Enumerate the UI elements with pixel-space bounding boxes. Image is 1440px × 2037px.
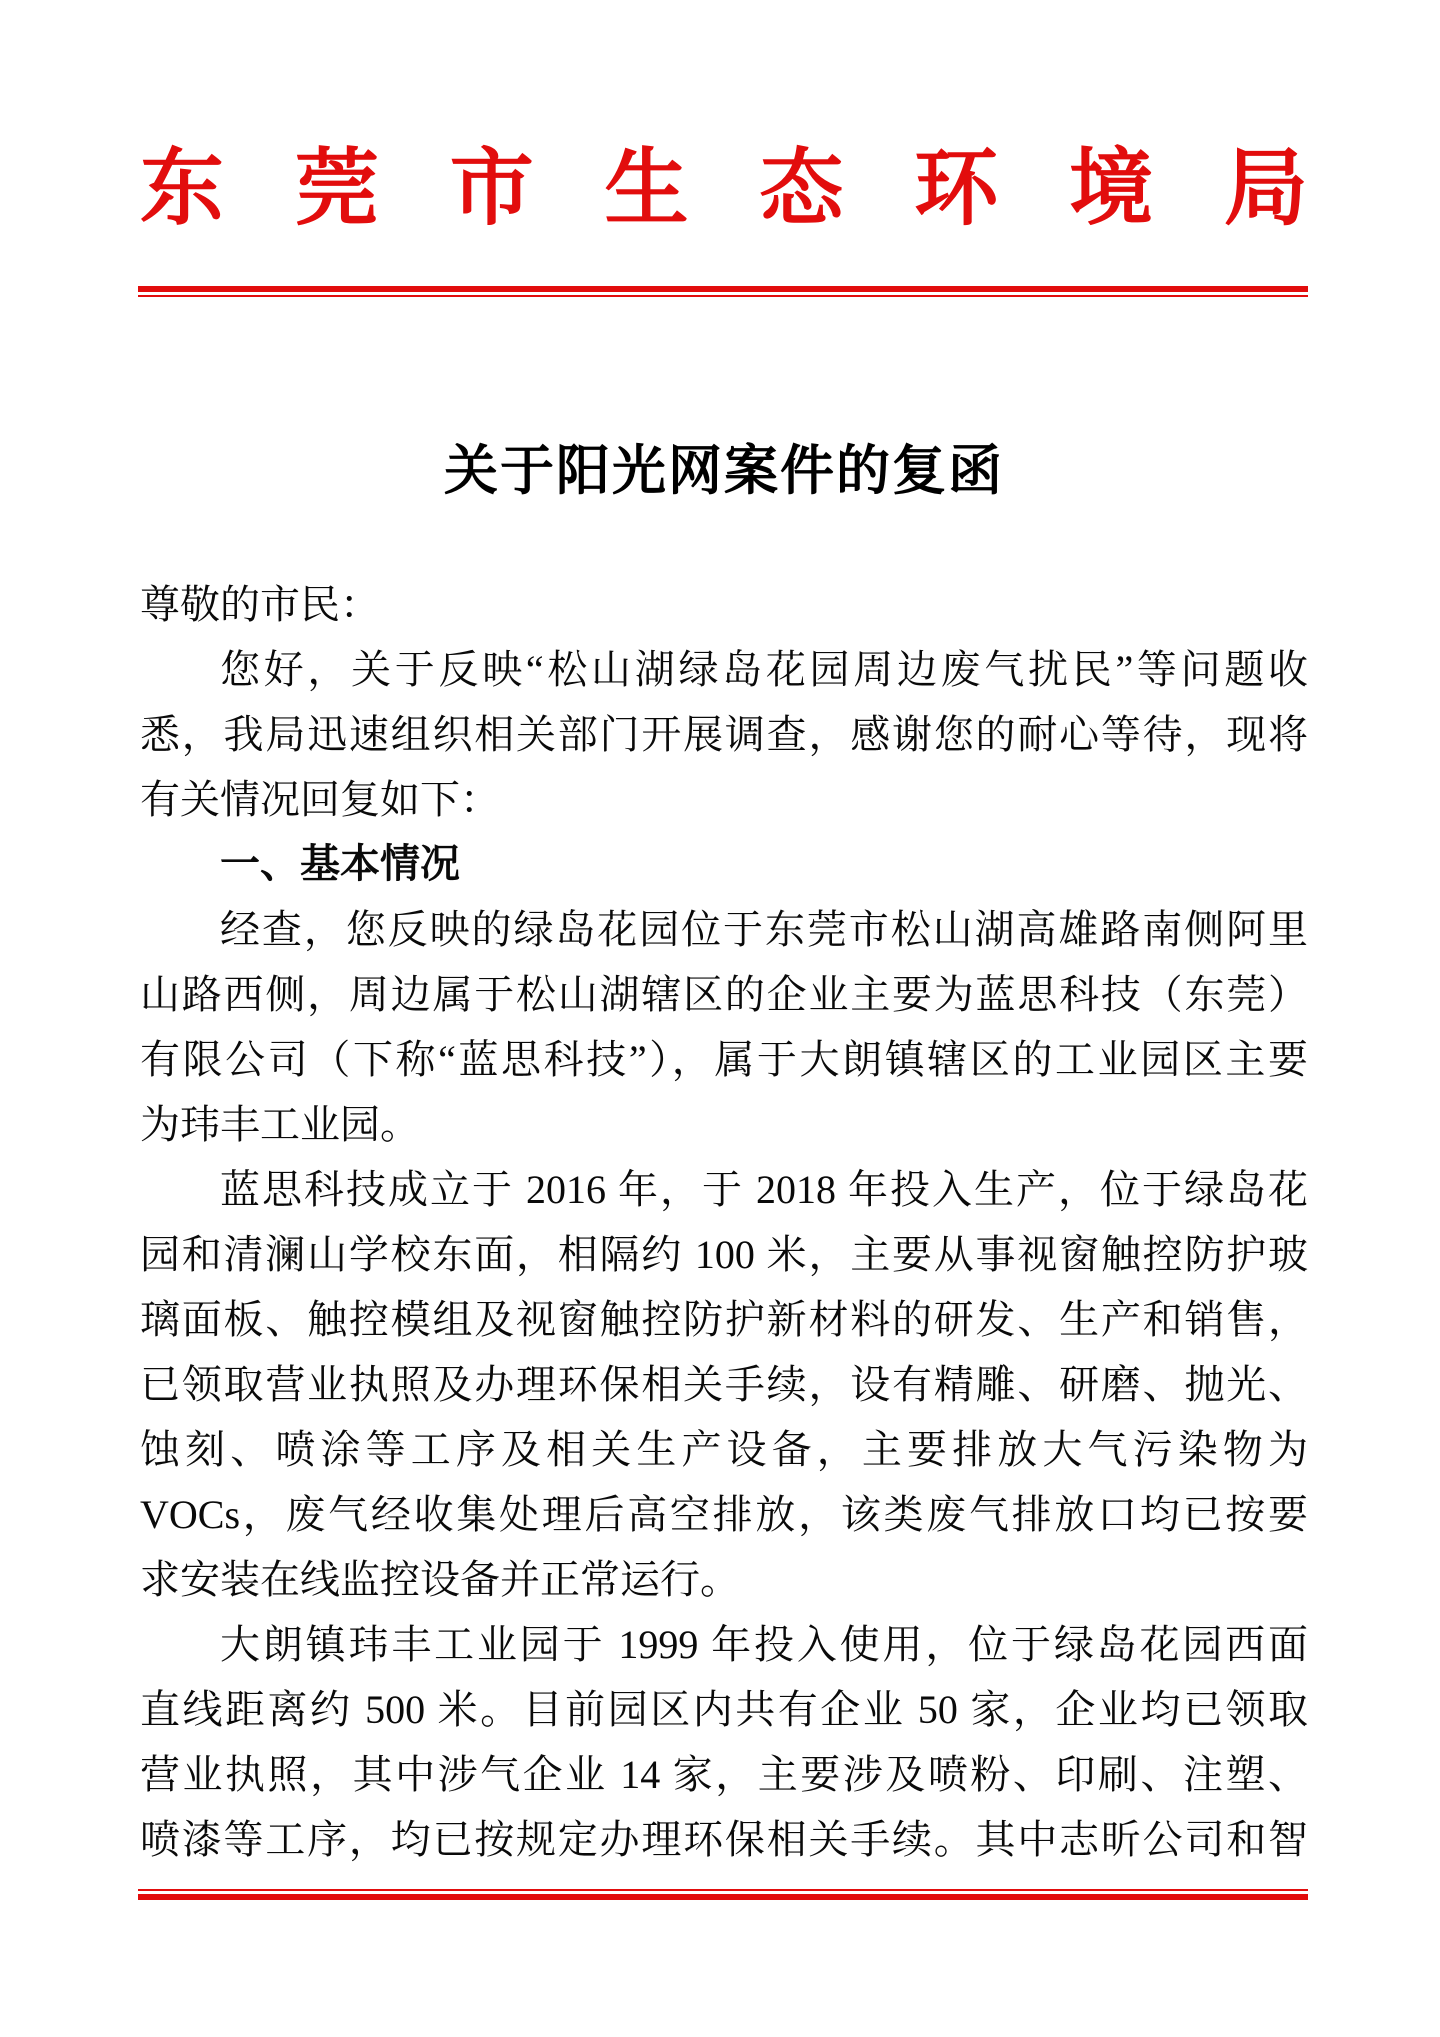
body-line: 悉，我局迅速组织相关部门开展调查，感谢您的耐心等待，现将 bbox=[140, 702, 1308, 767]
agency-char: 环 bbox=[914, 142, 998, 239]
document-page: 东莞市生态环境局 关于阳光网案件的复函 尊敬的市民：您好，关于反映“松山湖绿岛花… bbox=[0, 0, 1440, 2037]
body-line: 经查，您反映的绿岛花园位于东莞市松山湖高雄路南侧阿里 bbox=[140, 897, 1308, 962]
letterhead-rule-thin bbox=[138, 295, 1308, 297]
body-line: 有限公司（下称“蓝思科技”），属于大朗镇辖区的工业园区主要 bbox=[140, 1027, 1308, 1092]
body-line: 尊敬的市民： bbox=[140, 572, 1308, 637]
footer-rule-thick bbox=[138, 1894, 1308, 1900]
body-line: 大朗镇玮丰工业园于 1999 年投入使用，位于绿岛花园西面 bbox=[140, 1612, 1308, 1677]
letterhead-rule-thick bbox=[138, 286, 1308, 292]
paragraph-body: 蓝思科技成立于 2016 年，于 2018 年投入生产，位于绿岛花园和清澜山学校… bbox=[140, 1157, 1308, 1612]
paragraph-salutation: 尊敬的市民： bbox=[140, 572, 1308, 637]
body-line: VOCs，废气经收集处理后高空排放，该类废气排放口均已按要 bbox=[140, 1482, 1308, 1547]
body-line: 营业执照，其中涉气企业 14 家，主要涉及喷粉、印刷、注塑、 bbox=[140, 1742, 1308, 1807]
body-line: 璃面板、触控模组及视窗触控防护新材料的研发、生产和销售， bbox=[140, 1287, 1308, 1352]
agency-char: 态 bbox=[759, 142, 843, 239]
body-line: 已领取营业执照及办理环保相关手续，设有精雕、研磨、抛光、 bbox=[140, 1352, 1308, 1417]
body-line: 您好，关于反映“松山湖绿岛花园周边废气扰民”等问题收 bbox=[140, 637, 1308, 702]
body-line: 直线距离约 500 米。目前园区内共有企业 50 家，企业均已领取 bbox=[140, 1677, 1308, 1742]
document-title: 关于阳光网案件的复函 bbox=[140, 428, 1308, 505]
agency-char: 东 bbox=[140, 142, 224, 239]
body-line: 蓝思科技成立于 2016 年，于 2018 年投入生产，位于绿岛花 bbox=[140, 1157, 1308, 1222]
agency-char: 莞 bbox=[295, 142, 379, 239]
body-line: 为玮丰工业园。 bbox=[140, 1092, 1308, 1157]
paragraph-body: 您好，关于反映“松山湖绿岛花园周边废气扰民”等问题收悉，我局迅速组织相关部门开展… bbox=[140, 637, 1308, 832]
paragraph-heading: 一、基本情况 bbox=[140, 832, 1308, 897]
body-line: 喷漆等工序，均已按规定办理环保相关手续。其中志昕公司和智 bbox=[140, 1807, 1308, 1872]
body-line: 山路西侧，周边属于松山湖辖区的企业主要为蓝思科技（东莞） bbox=[140, 962, 1308, 1027]
body-line: 蚀刻、喷涂等工序及相关生产设备，主要排放大气污染物为 bbox=[140, 1417, 1308, 1482]
agency-name: 东莞市生态环境局 bbox=[140, 142, 1308, 239]
body-line: 求安装在线监控设备并正常运行。 bbox=[140, 1547, 1308, 1612]
paragraph-body: 经查，您反映的绿岛花园位于东莞市松山湖高雄路南侧阿里山路西侧，周边属于松山湖辖区… bbox=[140, 897, 1308, 1157]
letterhead-rule bbox=[138, 286, 1308, 297]
section-heading: 一、基本情况 bbox=[140, 832, 1308, 897]
agency-char: 境 bbox=[1069, 142, 1153, 239]
body-line: 有关情况回复如下： bbox=[140, 767, 1308, 832]
footer-rule-thin bbox=[138, 1889, 1308, 1891]
agency-char: 生 bbox=[605, 142, 689, 239]
body-line: 园和清澜山学校东面，相隔约 100 米，主要从事视窗触控防护玻 bbox=[140, 1222, 1308, 1287]
agency-char: 局 bbox=[1224, 142, 1308, 239]
paragraph-body: 大朗镇玮丰工业园于 1999 年投入使用，位于绿岛花园西面直线距离约 500 米… bbox=[140, 1612, 1308, 1872]
agency-char: 市 bbox=[450, 142, 534, 239]
letter-body: 尊敬的市民：您好，关于反映“松山湖绿岛花园周边废气扰民”等问题收悉，我局迅速组织… bbox=[140, 572, 1308, 1872]
footer-rule bbox=[138, 1889, 1308, 1900]
